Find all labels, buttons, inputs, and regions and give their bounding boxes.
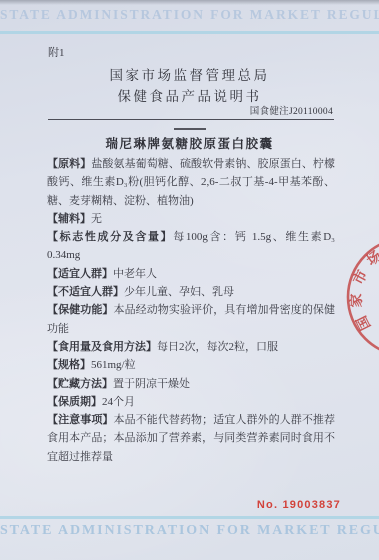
header-rule [48, 119, 334, 120]
field-row: 【辅料】无 [47, 210, 335, 228]
document-type-title: 保健食品产品说明书 [0, 85, 379, 105]
field-label: 【食用量及食用方法】 [47, 341, 157, 353]
product-fields: 【原料】盐酸氨基葡萄糖、硫酸软骨素钠、胶原蛋白、柠檬酸钙、维生素D₃粉(胆钙化醇… [47, 155, 335, 466]
attachment-label: 附1 [48, 44, 65, 60]
field-label: 【适宜人群】 [47, 268, 113, 280]
field-value: 561mg/粒 [91, 359, 136, 371]
field-label: 【贮藏方法】 [47, 378, 113, 390]
field-row: 【规格】561mg/粒 [47, 356, 335, 374]
field-label: 【规格】 [47, 359, 91, 371]
field-value: 每日2次，每次2粒，口服 [157, 341, 278, 353]
field-row: 【标志性成分及含量】每100g含：钙 1.5g、维生素D₃ 0.34mg [47, 228, 335, 265]
field-row: 【原料】盐酸氨基葡萄糖、硫酸软骨素钠、胶原蛋白、柠檬酸钙、维生素D₃粉(胆钙化醇… [47, 155, 335, 210]
seal-ring-text: 国家市场监督管理总局 [348, 237, 379, 339]
section-dash [174, 128, 206, 130]
watermark-bottom: STATE ADMINISTRATION FOR MARKET REGULATI… [0, 523, 379, 539]
field-label: 【注意事项】 [47, 414, 113, 426]
field-value: 无 [91, 213, 102, 225]
field-label: 【保质期】 [47, 396, 102, 408]
field-label: 【不适宜人群】 [47, 286, 124, 298]
official-seal: 国家市场监督管理总局 [340, 232, 379, 372]
field-row: 【食用量及食用方法】每日2次，每次2粒，口服 [47, 338, 335, 356]
field-value: 盐酸氨基葡萄糖、硫酸软骨素钠、胶原蛋白、柠檬酸钙、维生素D₃粉(胆钙化醇、2,6… [47, 158, 335, 207]
field-row: 【保质期】24个月 [47, 393, 335, 411]
document-page: STATE ADMINISTRATION FOR MARKET REGULATI… [0, 0, 379, 560]
field-label: 【保健功能】 [47, 304, 113, 316]
issuing-authority: 国家市场监督管理总局 [0, 64, 379, 84]
field-value: 少年儿童、孕妇、乳母 [124, 286, 234, 298]
field-label: 【原料】 [47, 158, 91, 170]
field-row: 【适宜人群】中老年人 [47, 265, 335, 283]
field-value: 24个月 [102, 396, 135, 408]
serial-number: No. 19003837 [257, 499, 341, 511]
bottom-divider-line [0, 516, 379, 519]
field-value: 中老年人 [113, 268, 157, 280]
field-row: 【保健功能】本品经动物实验评价，具有增加骨密度的保健功能 [47, 301, 335, 338]
field-label: 【标志性成分及含量】 [47, 231, 173, 243]
field-row: 【注意事项】本品不能代替药物；适宜人群外的人群不推荐食用本产品；本品添加了营养素… [47, 411, 335, 466]
top-divider-line [0, 31, 379, 34]
field-value: 置于阴凉干燥处 [113, 378, 190, 390]
watermark-top: STATE ADMINISTRATION FOR MARKET REGULATI… [0, 7, 379, 23]
product-name: 瑞尼琳牌氨糖胶原蛋白胶囊 [0, 134, 379, 152]
field-row: 【贮藏方法】置于阴凉干燥处 [47, 375, 335, 393]
approval-number: 国食健注J20110004 [250, 103, 333, 117]
field-label: 【辅料】 [47, 213, 91, 225]
field-row: 【不适宜人群】少年儿童、孕妇、乳母 [47, 283, 335, 301]
